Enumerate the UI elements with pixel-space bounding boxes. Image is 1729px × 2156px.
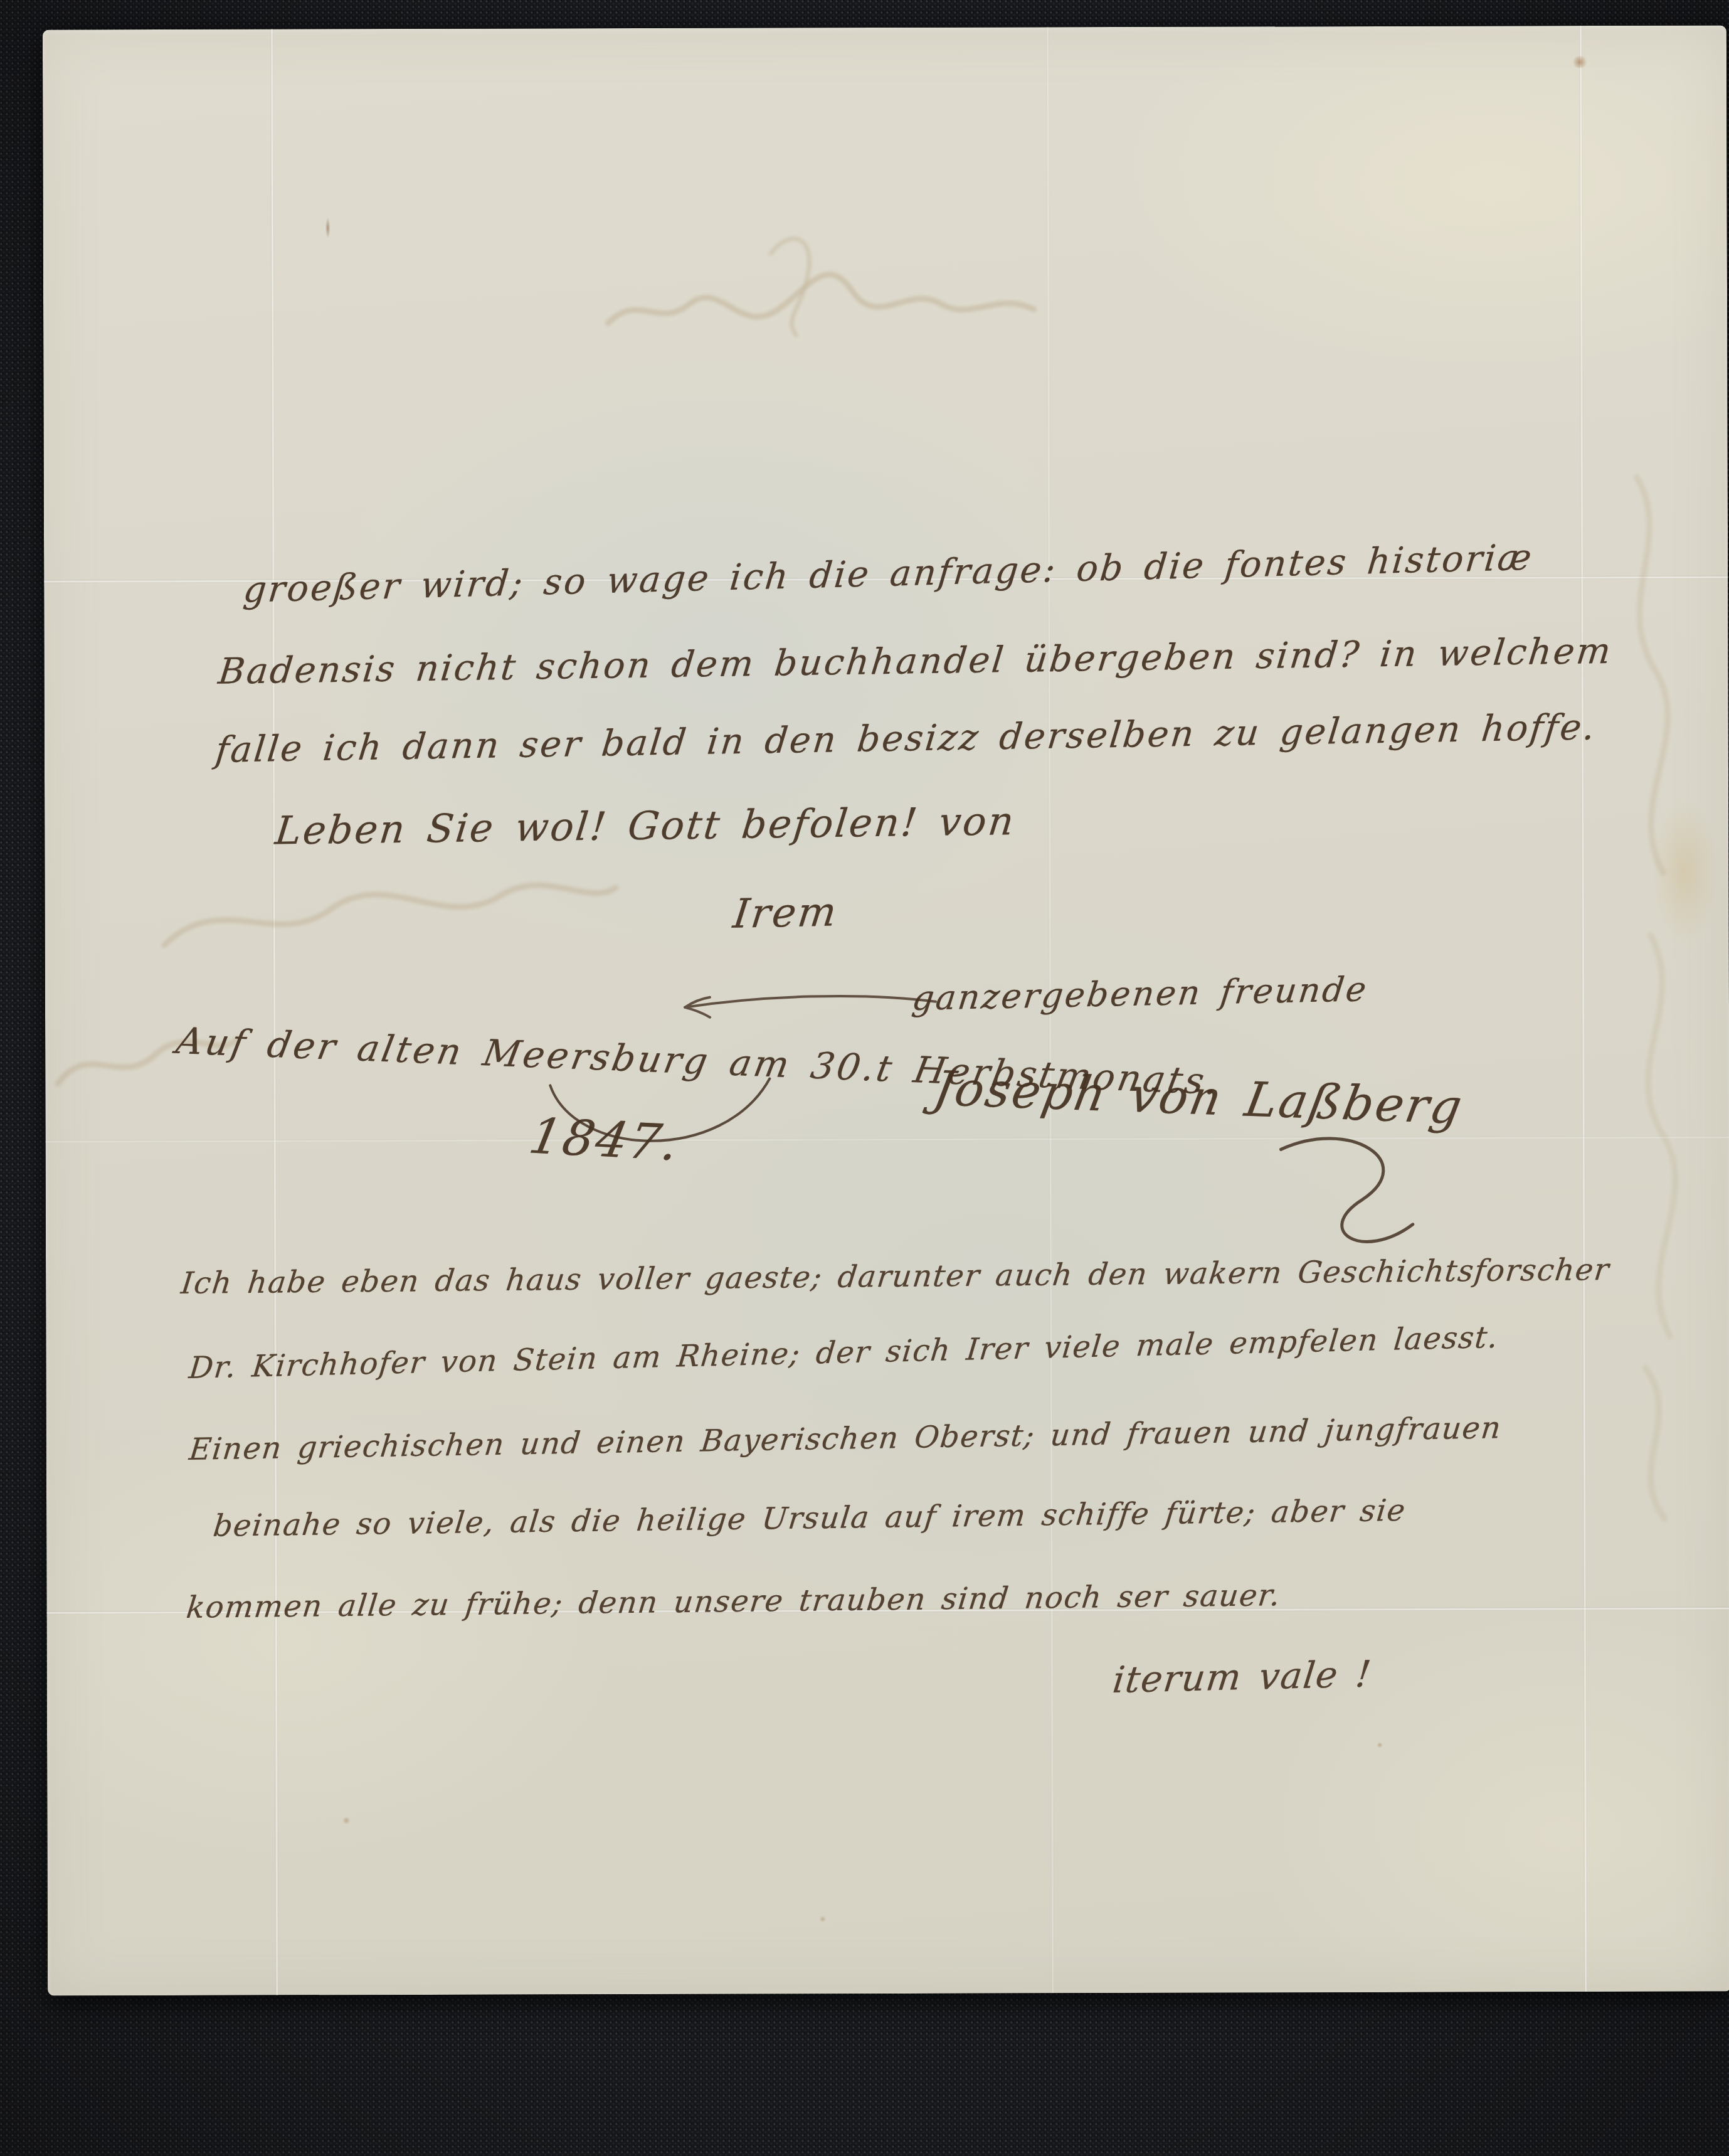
postscript-line: Dr. Kirchhofer von Stein am Rheine; der … [188,1320,1500,1386]
ink-showthrough [1599,465,1727,1532]
letter-line: groeßer wird; so wage ich die anfrage: o… [241,537,1535,611]
dateline-year: 1847. [525,1108,685,1172]
letter-page: groeßer wird; so wage ich die anfrage: o… [43,25,1729,1995]
vertical-fold-crease [1579,26,1587,1992]
letter-farewell-line: Leben Sie wol! Gott befolen! von [273,798,1018,854]
vertical-fold-crease [270,29,278,1995]
foxing-stain [1650,797,1720,948]
paper-fiber [325,217,330,238]
valediction-line: iterum vale ! [1111,1652,1374,1701]
foxing-stain [819,1916,827,1922]
ink-showthrough [151,850,628,970]
signature-paraph-flourish [1256,1130,1439,1275]
signature: Joseph von Laßberg [929,1060,1467,1135]
closing-devotion-line: ganzergebenen freunde [910,969,1370,1018]
foxing-stain [1377,1742,1383,1748]
letter-line: Badensis nicht schon dem buchhandel über… [216,630,1614,693]
closing-pronoun: Irem [731,889,840,938]
postscript-line: Einen griechischen und einen Bayerischen… [188,1410,1503,1467]
horizontal-fold-crease [46,1135,1729,1143]
postscript-line: beinahe so viele, als die heilige Ursula… [211,1493,1408,1544]
postscript-line: kommen alle zu frühe; denn unsere traube… [184,1578,1282,1625]
postscript-line: Ich habe eben das haus voller gaeste; da… [179,1252,1612,1301]
ink-showthrough [583,215,1060,361]
t-crossbar-flourish [672,984,942,1022]
letter-line: falle ich dann ser bald in den besizz de… [213,706,1599,771]
foxing-stain [1572,56,1588,68]
foxing-stain [342,1817,351,1824]
